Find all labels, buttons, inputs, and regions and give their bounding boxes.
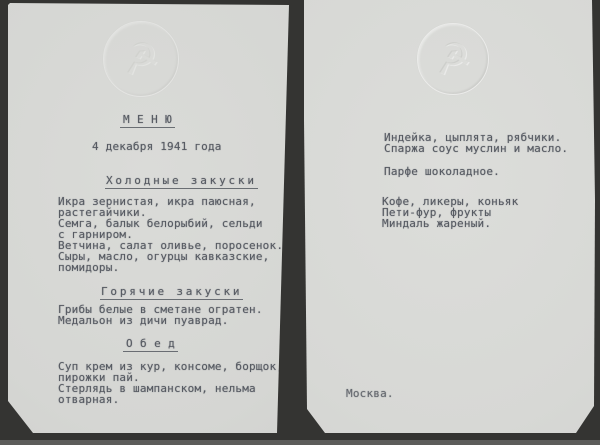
- course-group-dessert: Парфе шоколадное.: [384, 166, 500, 177]
- section-heading-dinner: О б е д: [123, 338, 178, 352]
- course-group-mains: Индейка, цыплята, рябчики. Спаржа соус м…: [384, 132, 568, 154]
- section-heading-cold-appetizers: Холодные закуски: [105, 175, 258, 189]
- city-label: Москва.: [346, 388, 394, 399]
- menu-page-left: ☭ М Е Н Ю 4 декабря 1941 года Холодные з…: [8, 3, 290, 433]
- section-lines-cold-appetizers: Икра зернистая, икра паюсная, растегайчи…: [58, 196, 283, 273]
- menu-photograph: ☭ М Е Н Ю 4 декабря 1941 года Холодные з…: [0, 0, 600, 445]
- menu-title: М Е Н Ю: [120, 114, 175, 128]
- embossed-seal-right: ☭: [417, 23, 489, 95]
- section-heading-hot-appetizers: Горячие закуски: [100, 286, 243, 300]
- embossed-seal-left: ☭: [103, 21, 179, 97]
- menu-date: 4 декабря 1941 года: [92, 141, 222, 152]
- section-lines-dinner: Суп крем из кур, консоме, борщок, пирожк…: [58, 361, 283, 405]
- hammer-and-sickle-icon: ☭: [431, 36, 474, 83]
- course-group-coffee: Кофе, ликеры, коньяк Пети-фур, фрукты Ми…: [382, 196, 518, 229]
- photo-bottom-edge: [0, 440, 600, 445]
- hammer-and-sickle-icon: ☭: [119, 36, 162, 83]
- section-lines-hot-appetizers: Грибы белые в сметане огратен. Медальон …: [58, 304, 263, 326]
- menu-page-right: ☭ Индейка, цыплята, рябчики. Спаржа соус…: [302, 0, 598, 433]
